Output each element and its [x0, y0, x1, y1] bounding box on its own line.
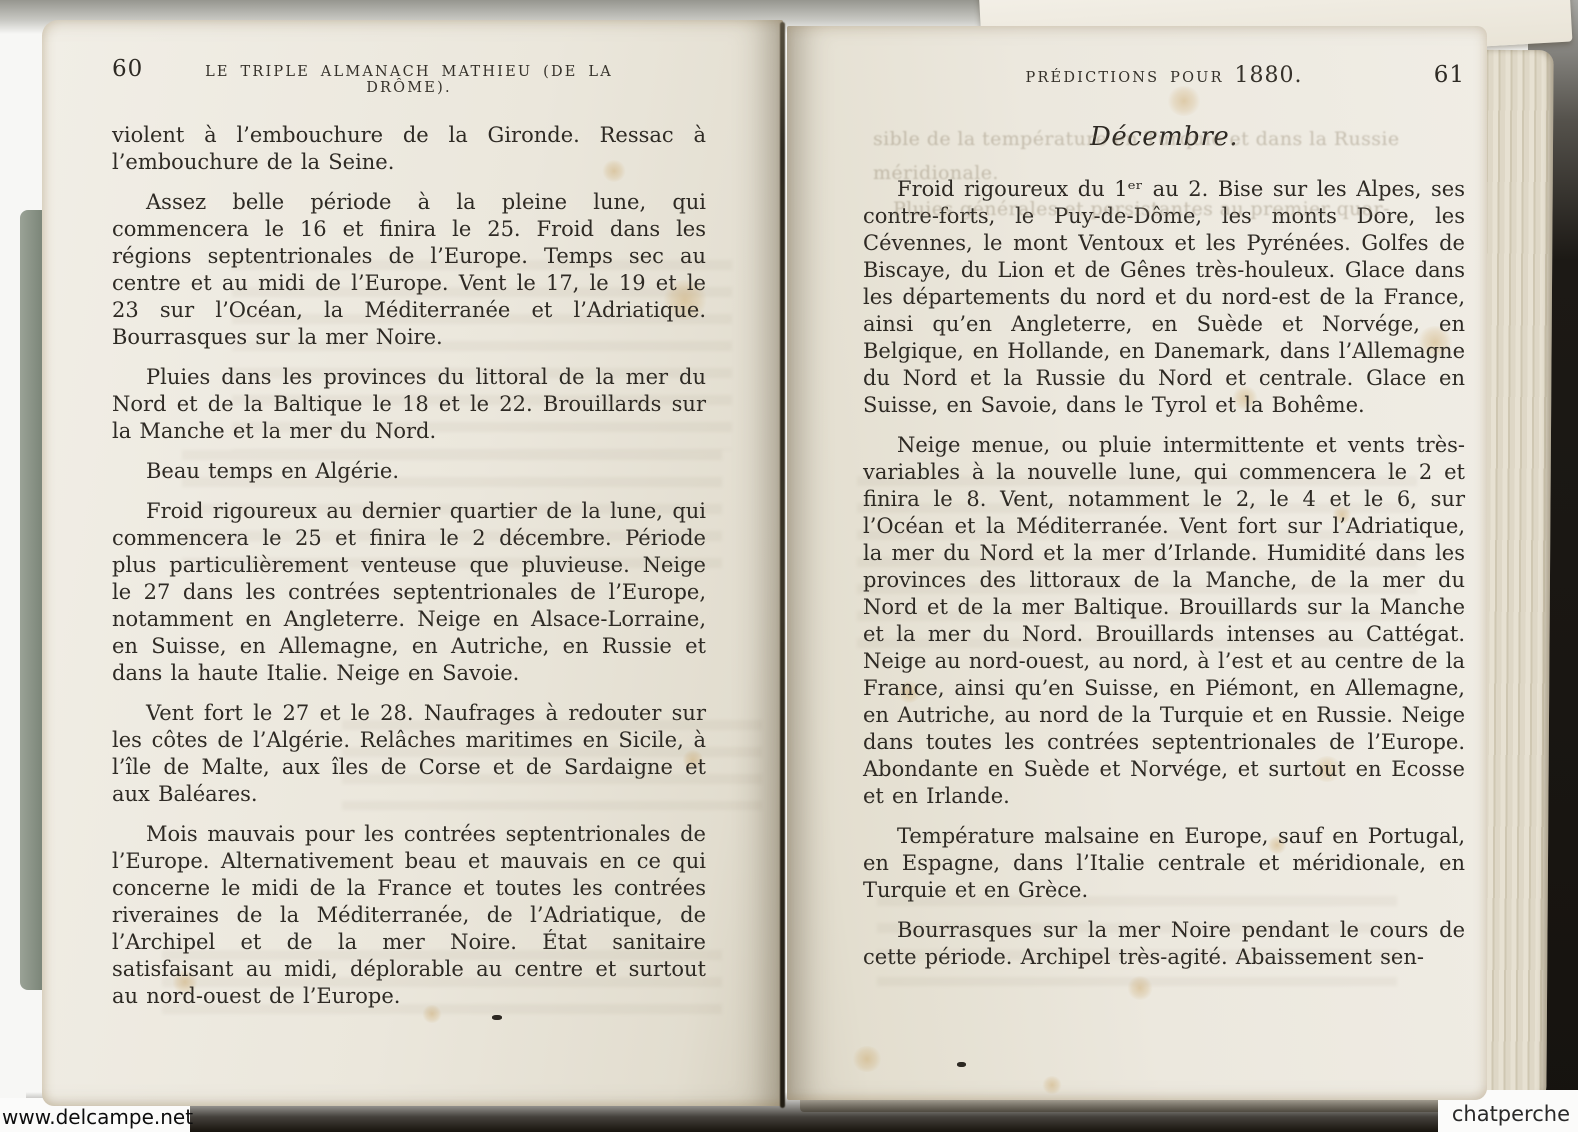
- running-title-text: PRÉDICTIONS POUR: [1025, 70, 1223, 86]
- running-header: 60 LE TRIPLE ALMANACH MATHIEU (DE LA DRÔ…: [112, 56, 706, 96]
- running-title: LE TRIPLE ALMANACH MATHIEU (DE LA DRÔME)…: [164, 64, 654, 96]
- page-right-content: PRÉDICTIONS POUR 1880. 61 sible de la te…: [863, 62, 1465, 984]
- page-number: 61: [1413, 62, 1465, 88]
- page-number: 60: [112, 56, 164, 82]
- paragraph: Vent fort le 27 et le 28. Naufrages à re…: [112, 700, 706, 808]
- paragraph: Neige menue, ou pluie intermittente et v…: [863, 432, 1465, 810]
- show-through-text: sible de la température en Turquie et da…: [873, 128, 1400, 150]
- show-through-text: Pluies générales et persistantes au prem…: [893, 198, 1390, 220]
- running-header: PRÉDICTIONS POUR 1880. 61: [863, 62, 1465, 88]
- page-right: PRÉDICTIONS POUR 1880. 61 sible de la te…: [787, 26, 1487, 1100]
- page-left: 60 LE TRIPLE ALMANACH MATHIEU (DE LA DRÔ…: [42, 20, 783, 1106]
- running-title-year: 1880.: [1235, 63, 1303, 88]
- show-through-text: méridionale.: [873, 162, 999, 184]
- paragraph: violent à l’embouchure de la Gironde. Re…: [112, 122, 706, 176]
- paragraph: Mois mauvais pour les contrées septentri…: [112, 821, 706, 1010]
- paragraph: Froid rigoureux au dernier quartier de l…: [112, 498, 706, 687]
- foxing-spot: [852, 1046, 882, 1072]
- foxing-spot: [1042, 1076, 1062, 1094]
- paragraph: Beau temps en Algérie.: [112, 458, 706, 485]
- book-scan: 60 LE TRIPLE ALMANACH MATHIEU (DE LA DRÔ…: [0, 0, 1578, 1132]
- page-left-content: 60 LE TRIPLE ALMANACH MATHIEU (DE LA DRÔ…: [112, 56, 706, 1023]
- watermark-chatperche: chatperche: [1452, 1102, 1570, 1126]
- watermark-delcampe: www.delcampe.net: [2, 1105, 193, 1129]
- paragraph: Pluies dans les provinces du littoral de…: [112, 364, 706, 445]
- running-title: PRÉDICTIONS POUR 1880.: [915, 63, 1413, 88]
- paragraph: Température malsaine en Europe, sauf en …: [863, 823, 1465, 904]
- paragraph: Assez belle période à la pleine lune, qu…: [112, 189, 706, 351]
- book-gutter: [780, 22, 785, 1108]
- paragraph: Bourrasques sur la mer Noire pendant le …: [863, 917, 1465, 971]
- ink-speck: [957, 1062, 966, 1067]
